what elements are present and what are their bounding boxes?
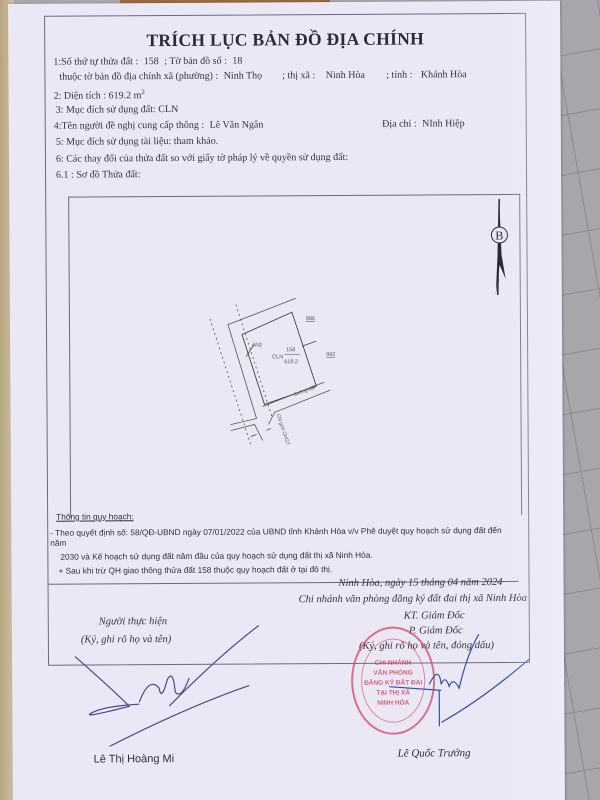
land-use-value: CLN (158, 104, 178, 115)
sheet-number: 18 (232, 56, 242, 67)
province-label: ; tỉnh : (386, 70, 412, 81)
document-frame: TRÍCH LỤC BẢN ĐỒ ĐỊA CHÍNH 1:Số thứ tự t… (44, 13, 530, 666)
changes-line: 6: Các thay đổi của thửa đất so với giấy… (56, 152, 348, 165)
svg-text:619.2: 619.2 (284, 359, 298, 365)
svg-text:992: 992 (326, 352, 335, 358)
signatures-drawing (49, 594, 530, 757)
purpose-line: 5: Mục đích sử dụng tài liệu: tham khảo. (56, 136, 218, 148)
parcel-number: 158 (144, 56, 159, 67)
diagram-heading: 6.1 : Sơ đồ Thửa đất: (56, 169, 140, 181)
north-arrow-icon: B (491, 199, 508, 295)
area-line: 2: Diện tích : 619.2 m2 (54, 88, 145, 102)
parcel-map-drawing: B (44) CLN (69, 195, 521, 518)
left-signature-icon (75, 625, 260, 746)
parcel-line: 1:Số thứ tự thửa đất : 158 ; Tờ bản đồ s… (53, 56, 242, 68)
parcel-map: B (44) CLN (68, 194, 522, 518)
svg-text:(44): (44) (252, 342, 262, 348)
planning-item-1-cont: 2030 và Kế hoạch sử dụng đất năm đầu của… (60, 549, 518, 562)
location-line: thuộc tờ bản đồ địa chính xã (phường) : … (59, 69, 466, 82)
right-signer-name: Lê Quốc Trưởng (398, 747, 471, 759)
document-page: TRÍCH LỤC BẢN ĐỒ ĐỊA CHÍNH 1:Số thứ tự t… (8, 1, 565, 800)
land-use-line: 3: Mục đích sử dụng đất: CLN (56, 104, 179, 116)
svg-text:B: B (495, 228, 503, 242)
planning-info: Thông tin quy hoạch: - Theo quyết định s… (48, 509, 518, 585)
svg-text:Chỉ giới CHGT: Chỉ giới CHGT (275, 413, 292, 446)
land-use-label: 3: Mục đích sử dụng đất: (56, 104, 156, 116)
requester-label: 4:Tên người đề nghị cung cấp thông : (54, 120, 204, 132)
requester-name: Lê Văn Ngân (210, 119, 380, 131)
address-label: Địa chỉ : (382, 119, 417, 130)
svg-text:đường đất: đường đất (293, 383, 317, 398)
parcel-label: 1:Số thứ tự thửa đất : (53, 56, 138, 68)
date-line: Ninh Hòa, ngày 15 tháng 04 năm 2024 (339, 577, 503, 589)
document-title: TRÍCH LỤC BẢN ĐỒ ĐỊA CHÍNH (45, 28, 525, 52)
planning-item-1: - Theo quyết định số: 58/QĐ-UBND ngày 07… (50, 525, 518, 548)
svg-text:158: 158 (286, 347, 295, 353)
area-value: 619.2 m2 (109, 88, 145, 102)
ward-value: Ninh Thọ (224, 70, 276, 81)
left-signer-name: Lê Thị Hoàng Mi (94, 753, 175, 765)
svg-text:CLN: CLN (272, 354, 283, 360)
planning-item-2: + Sau khi trừ QH giao thông thửa đất 158… (58, 563, 518, 576)
town-label: ; thị xã : (282, 70, 315, 81)
right-signature-icon (389, 603, 530, 726)
area-label: 2: Diện tích : (54, 91, 107, 102)
requester-line: 4:Tên người đề nghị cung cấp thông : Lê … (54, 118, 465, 132)
town-value: Ninh Hòa (326, 70, 382, 81)
planning-heading: Thông tin quy hoạch: (56, 509, 518, 522)
sheet-label: ; Tờ bản đồ số : (164, 56, 227, 67)
svg-text:986: 986 (306, 316, 315, 322)
address-value: NInh Hiệp (422, 118, 465, 129)
province-value: Khánh Hòa (421, 69, 467, 80)
ward-label: thuộc tờ bản đồ địa chính xã (phường) : (59, 71, 218, 83)
